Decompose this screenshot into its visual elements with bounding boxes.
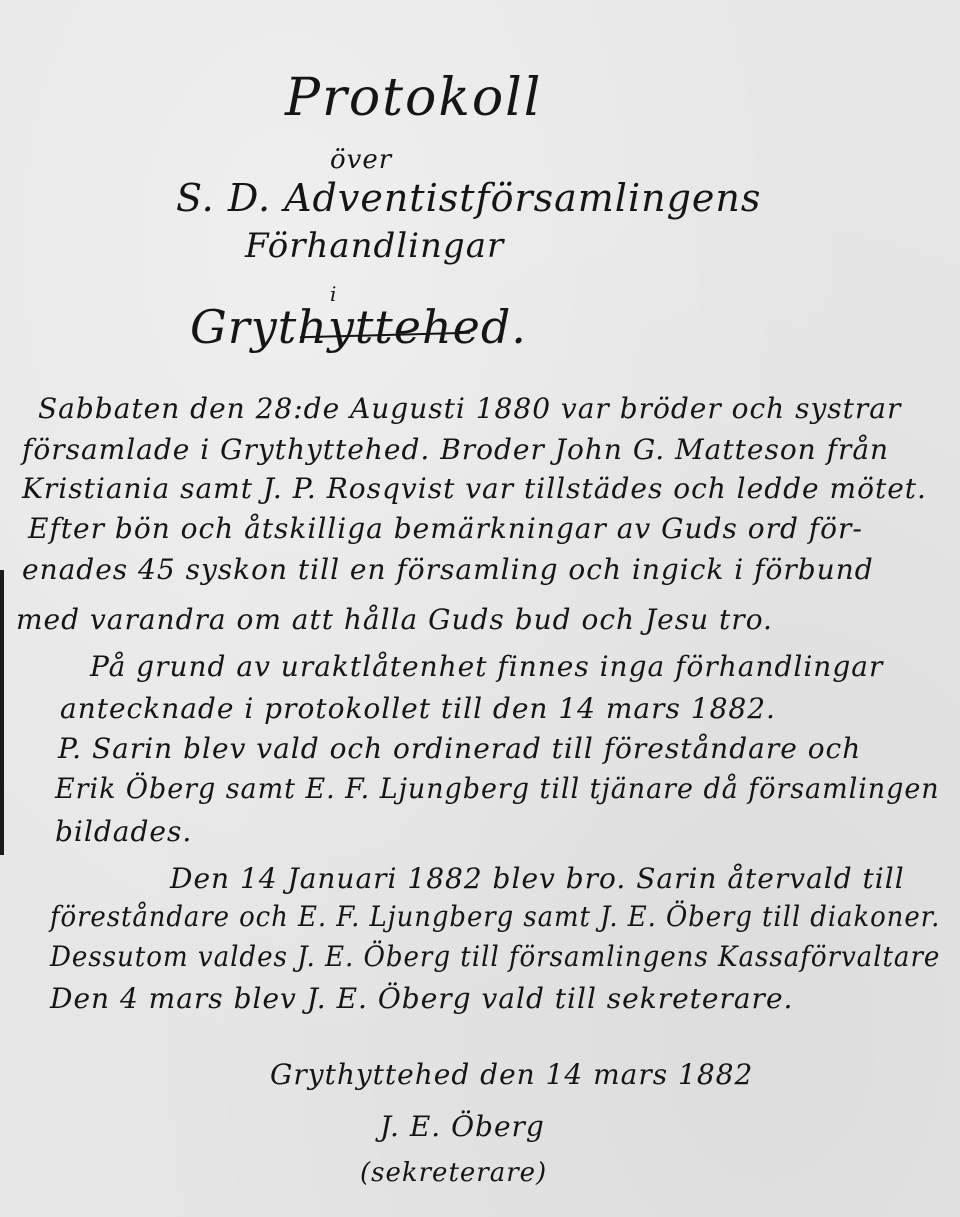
body-line: bildades. xyxy=(55,815,192,848)
body-line: P. Sarin blev vald och ordinerad till fö… xyxy=(58,732,861,765)
page-edge-shadow xyxy=(0,570,4,855)
title-proceedings: Förhandlingar xyxy=(245,226,504,266)
body-line: Efter bön och åtskilliga bemärkningar av… xyxy=(28,512,863,545)
title-over: över xyxy=(330,145,392,175)
title-organization: S. D. Adventistförsamlingens xyxy=(176,176,761,220)
body-line: Kristiania samt J. P. Rosqvist var tills… xyxy=(22,472,927,505)
body-line: med varandra om att hålla Guds bud och J… xyxy=(16,603,773,636)
body-line: antecknade i protokollet till den 14 mar… xyxy=(60,692,776,725)
body-line: Erik Öberg samt E. F. Ljungberg till tjä… xyxy=(55,772,940,805)
body-line: Den 4 mars blev J. E. Öberg vald till se… xyxy=(50,982,793,1015)
body-line: enades 45 syskon till en församling och … xyxy=(22,553,874,586)
signature-name: J. E. Öberg xyxy=(380,1110,545,1143)
body-line: föreståndare och E. F. Ljungberg samt J.… xyxy=(50,900,940,933)
title-place: Grythyttehed. xyxy=(190,300,527,354)
body-line: Dessutom valdes J. E. Öberg till församl… xyxy=(50,940,940,973)
body-line: församlade i Grythyttehed. Broder John G… xyxy=(22,433,889,466)
signature-place-date: Grythyttehed den 14 mars 1882 xyxy=(270,1058,753,1091)
signature-role: (sekreterare) xyxy=(360,1158,547,1188)
body-line: Den 14 Januari 1882 blev bro. Sarin åter… xyxy=(170,862,905,895)
body-line: På grund av uraktlåtenhet finnes inga fö… xyxy=(90,650,883,683)
body-line: Sabbaten den 28:de Augusti 1880 var bröd… xyxy=(38,392,901,425)
document-title: Protokoll xyxy=(285,68,542,128)
